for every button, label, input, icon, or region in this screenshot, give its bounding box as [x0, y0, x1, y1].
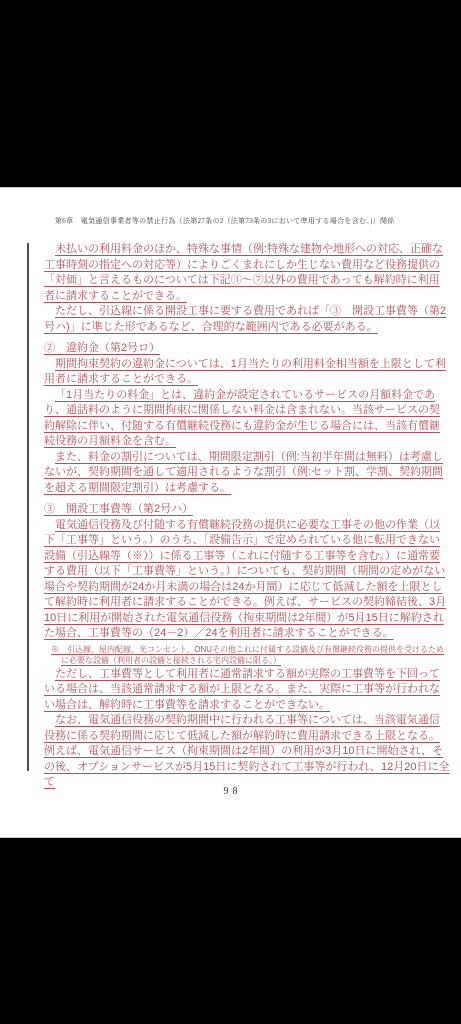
section-3-footnote: ※ 引込線、屋内配線、光コンセント、ONUその他これに付属する設備及び有償継続役…: [44, 644, 450, 666]
document-body: 未払いの利用料金のほか、特殊な事情（例:特殊な建物や地形への対応、正確な工事時刻…: [44, 242, 450, 791]
document-page: 第6章 電気通信事業者等の禁止行為（法第27条の2（法第73条の3において準用す…: [0, 187, 461, 838]
revision-change-bar: [27, 243, 29, 771]
section-3-paragraph-main: 電気通信役務及び付随する有償継続役務の提供に必要な工事その他の作業（以下「工事等…: [44, 518, 450, 642]
page-number: 98: [0, 786, 461, 797]
intro-paragraph-2: ただし、引込線に係る開設工事に要する費用であれば「③ 開設工事費等（第2号ハ)」…: [44, 304, 450, 335]
section-3-paragraph-nao: なお、電気通信役務の契約期間中に行われる工事等については、当該電気通信役務に係る…: [44, 713, 450, 791]
chapter-running-header: 第6章 電気通信事業者等の禁止行為（法第27条の2（法第73条の3において準用す…: [55, 216, 451, 226]
section-3-heading: ③ 開設工事費等（第2号ハ）: [44, 502, 450, 518]
section-2-heading: ② 違約金（第2号ロ）: [44, 341, 450, 357]
section-2-paragraph-2: 「1月当たりの料金」とは、違約金が設定されているサービスの月額料金であり、通話料…: [44, 388, 450, 450]
section-2-paragraph-3: また、料金の割引については、期間限定割引（例:当初半年間は無料）は考慮しないが、…: [44, 450, 450, 497]
viewer-background: 第6章 電気通信事業者等の禁止行為（法第27条の2（法第73条の3において準用す…: [0, 0, 461, 1024]
intro-paragraph-1: 未払いの利用料金のほか、特殊な事情（例:特殊な建物や地形への対応、正確な工事時刻…: [44, 242, 450, 304]
section-3-paragraph-tadashi: ただし、工事費等として利用者に通常請求する額が実際の工事費等を下回っている場合は…: [44, 667, 450, 714]
section-2-paragraph-1: 期間拘束契約の違約金については、1月当たりの利用料金相当額を上限として利用者に請…: [44, 357, 450, 388]
